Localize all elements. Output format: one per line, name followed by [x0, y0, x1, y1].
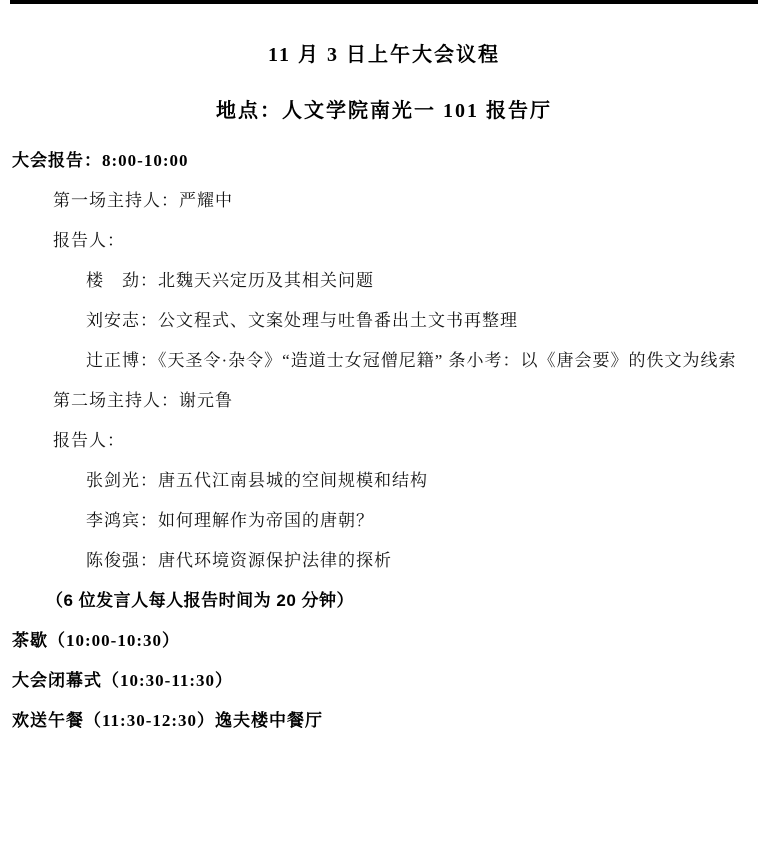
- session2-speakers-label: 报告人：: [53, 430, 768, 452]
- speaker-tsuji-masahiro: 辻正博：《天圣令·杂令》“造道士女冠僧尼籍” 条小考：以《唐会要》的佚文为线索: [86, 350, 768, 372]
- tea-break-line: 茶歇（10:00-10:30）: [12, 630, 768, 652]
- closing-ceremony-line: 大会闭幕式（10:30-11:30）: [12, 670, 768, 692]
- agenda-content: 11 月 3 日上午大会议程 地点：人文学院南光一 101 报告厅 大会报告：8…: [0, 0, 768, 732]
- plenary-session-header: 大会报告：8:00-10:00: [12, 150, 768, 172]
- page-title: 11 月 3 日上午大会议程: [0, 44, 768, 66]
- speaker-liu-anzhi: 刘安志：公文程式、文案处理与吐鲁番出土文书再整理: [86, 310, 768, 332]
- speaker-li-hongbin: 李鸿宾：如何理解作为帝国的唐朝？: [86, 510, 768, 532]
- page-location: 地点：人文学院南光一 101 报告厅: [0, 100, 768, 122]
- speaker-chen-junqiang: 陈俊强：唐代环境资源保护法律的探析: [86, 550, 768, 572]
- document-page: 11 月 3 日上午大会议程 地点：人文学院南光一 101 报告厅 大会报告：8…: [0, 0, 768, 843]
- farewell-lunch-line: 欢送午餐（11:30-12:30）逸夫楼中餐厅: [12, 710, 768, 732]
- top-border-line: [10, 0, 758, 4]
- session1-speakers-label: 报告人：: [53, 230, 768, 252]
- session2-host: 第二场主持人：谢元鲁: [53, 390, 768, 412]
- speaker-zhang-jianguang: 张剑光：唐五代江南县城的空间规模和结构: [86, 470, 768, 492]
- speaker-lou-jin: 楼 劲：北魏天兴定历及其相关问题: [86, 270, 768, 292]
- session1-host: 第一场主持人：严耀中: [53, 190, 768, 212]
- speaking-time-note: （6 位发言人每人报告时间为 20 分钟）: [46, 590, 768, 612]
